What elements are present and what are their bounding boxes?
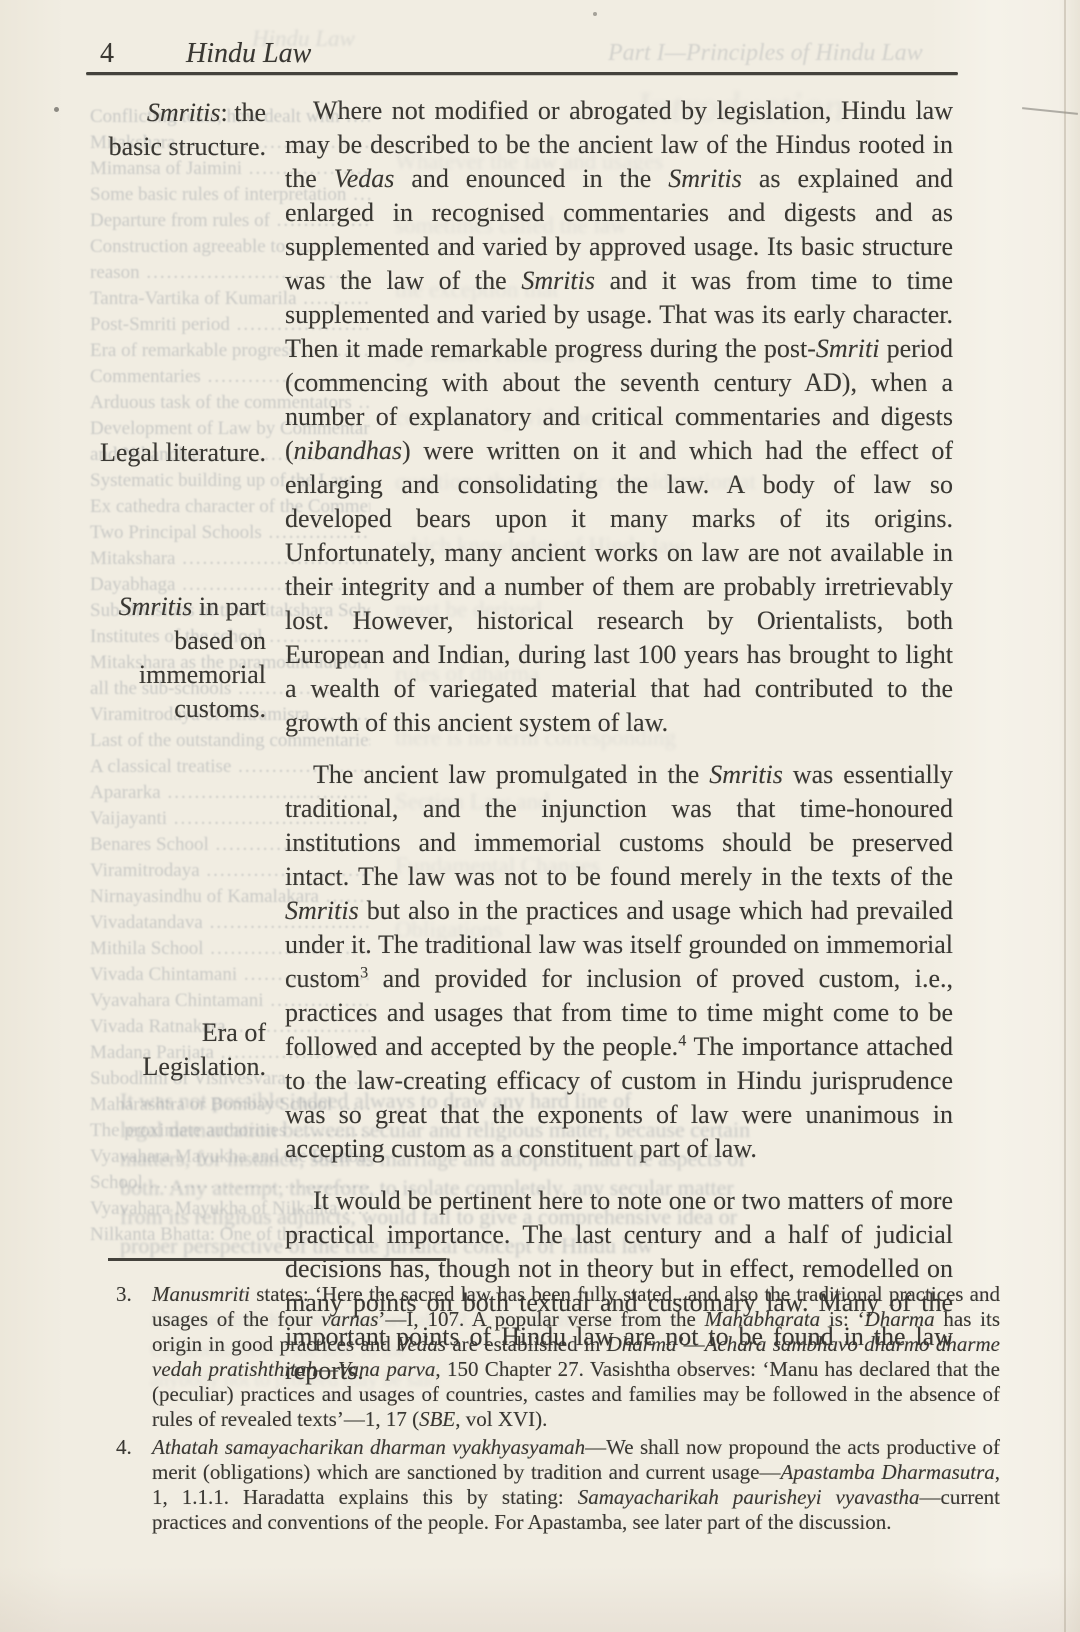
- scan-speck: [54, 107, 59, 112]
- scan-speck: [593, 12, 597, 16]
- scanned-book-page: Part I—Principles of Hindu Law Hindu Law…: [0, 0, 1080, 1632]
- scan-scratch-line: [1022, 107, 1078, 115]
- bleed-through-running-head: Part I—Principles of Hindu Law: [608, 40, 923, 67]
- footnote-text: Athatah samayacharikan dharman vyakhyasy…: [152, 1435, 1000, 1535]
- footnotes-block: 3. Manusmriti states: ‘Here the sacred l…: [116, 1282, 1000, 1538]
- margin-note-legal-literature: Legal literature.: [88, 436, 266, 470]
- running-title: Hindu Law: [186, 38, 311, 70]
- header-rule: [86, 72, 958, 75]
- footnote-number: 4.: [116, 1435, 152, 1535]
- footnote-4: 4. Athatah samayacharikan dharman vyakhy…: [116, 1435, 1000, 1535]
- page-number: 4: [100, 38, 114, 70]
- footnote-3: 3. Manusmriti states: ‘Here the sacred l…: [116, 1282, 1000, 1432]
- margin-note-era-of-legislation: Era of Legislation.: [88, 1016, 266, 1084]
- footnote-number: 3.: [116, 1282, 152, 1432]
- footnote-separator-rule: [108, 1258, 446, 1261]
- paragraph-immemorial-customs: The ancient law promulgated in the Smrit…: [285, 758, 953, 1166]
- page-edge-crease: [1064, 0, 1066, 1632]
- margin-note-smritis-immemorial-customs: Smritis in part based on immemorial cust…: [88, 590, 266, 726]
- footnote-text: Manusmriti states: ‘Here the sacred law …: [152, 1282, 1000, 1432]
- body-text-column: Where not modified or abrogated by legis…: [285, 94, 953, 1388]
- paragraph-basic-structure: Where not modified or abrogated by legis…: [285, 94, 953, 740]
- margin-note-smritis-basic-structure: Smritis: the basic structure.: [88, 96, 266, 164]
